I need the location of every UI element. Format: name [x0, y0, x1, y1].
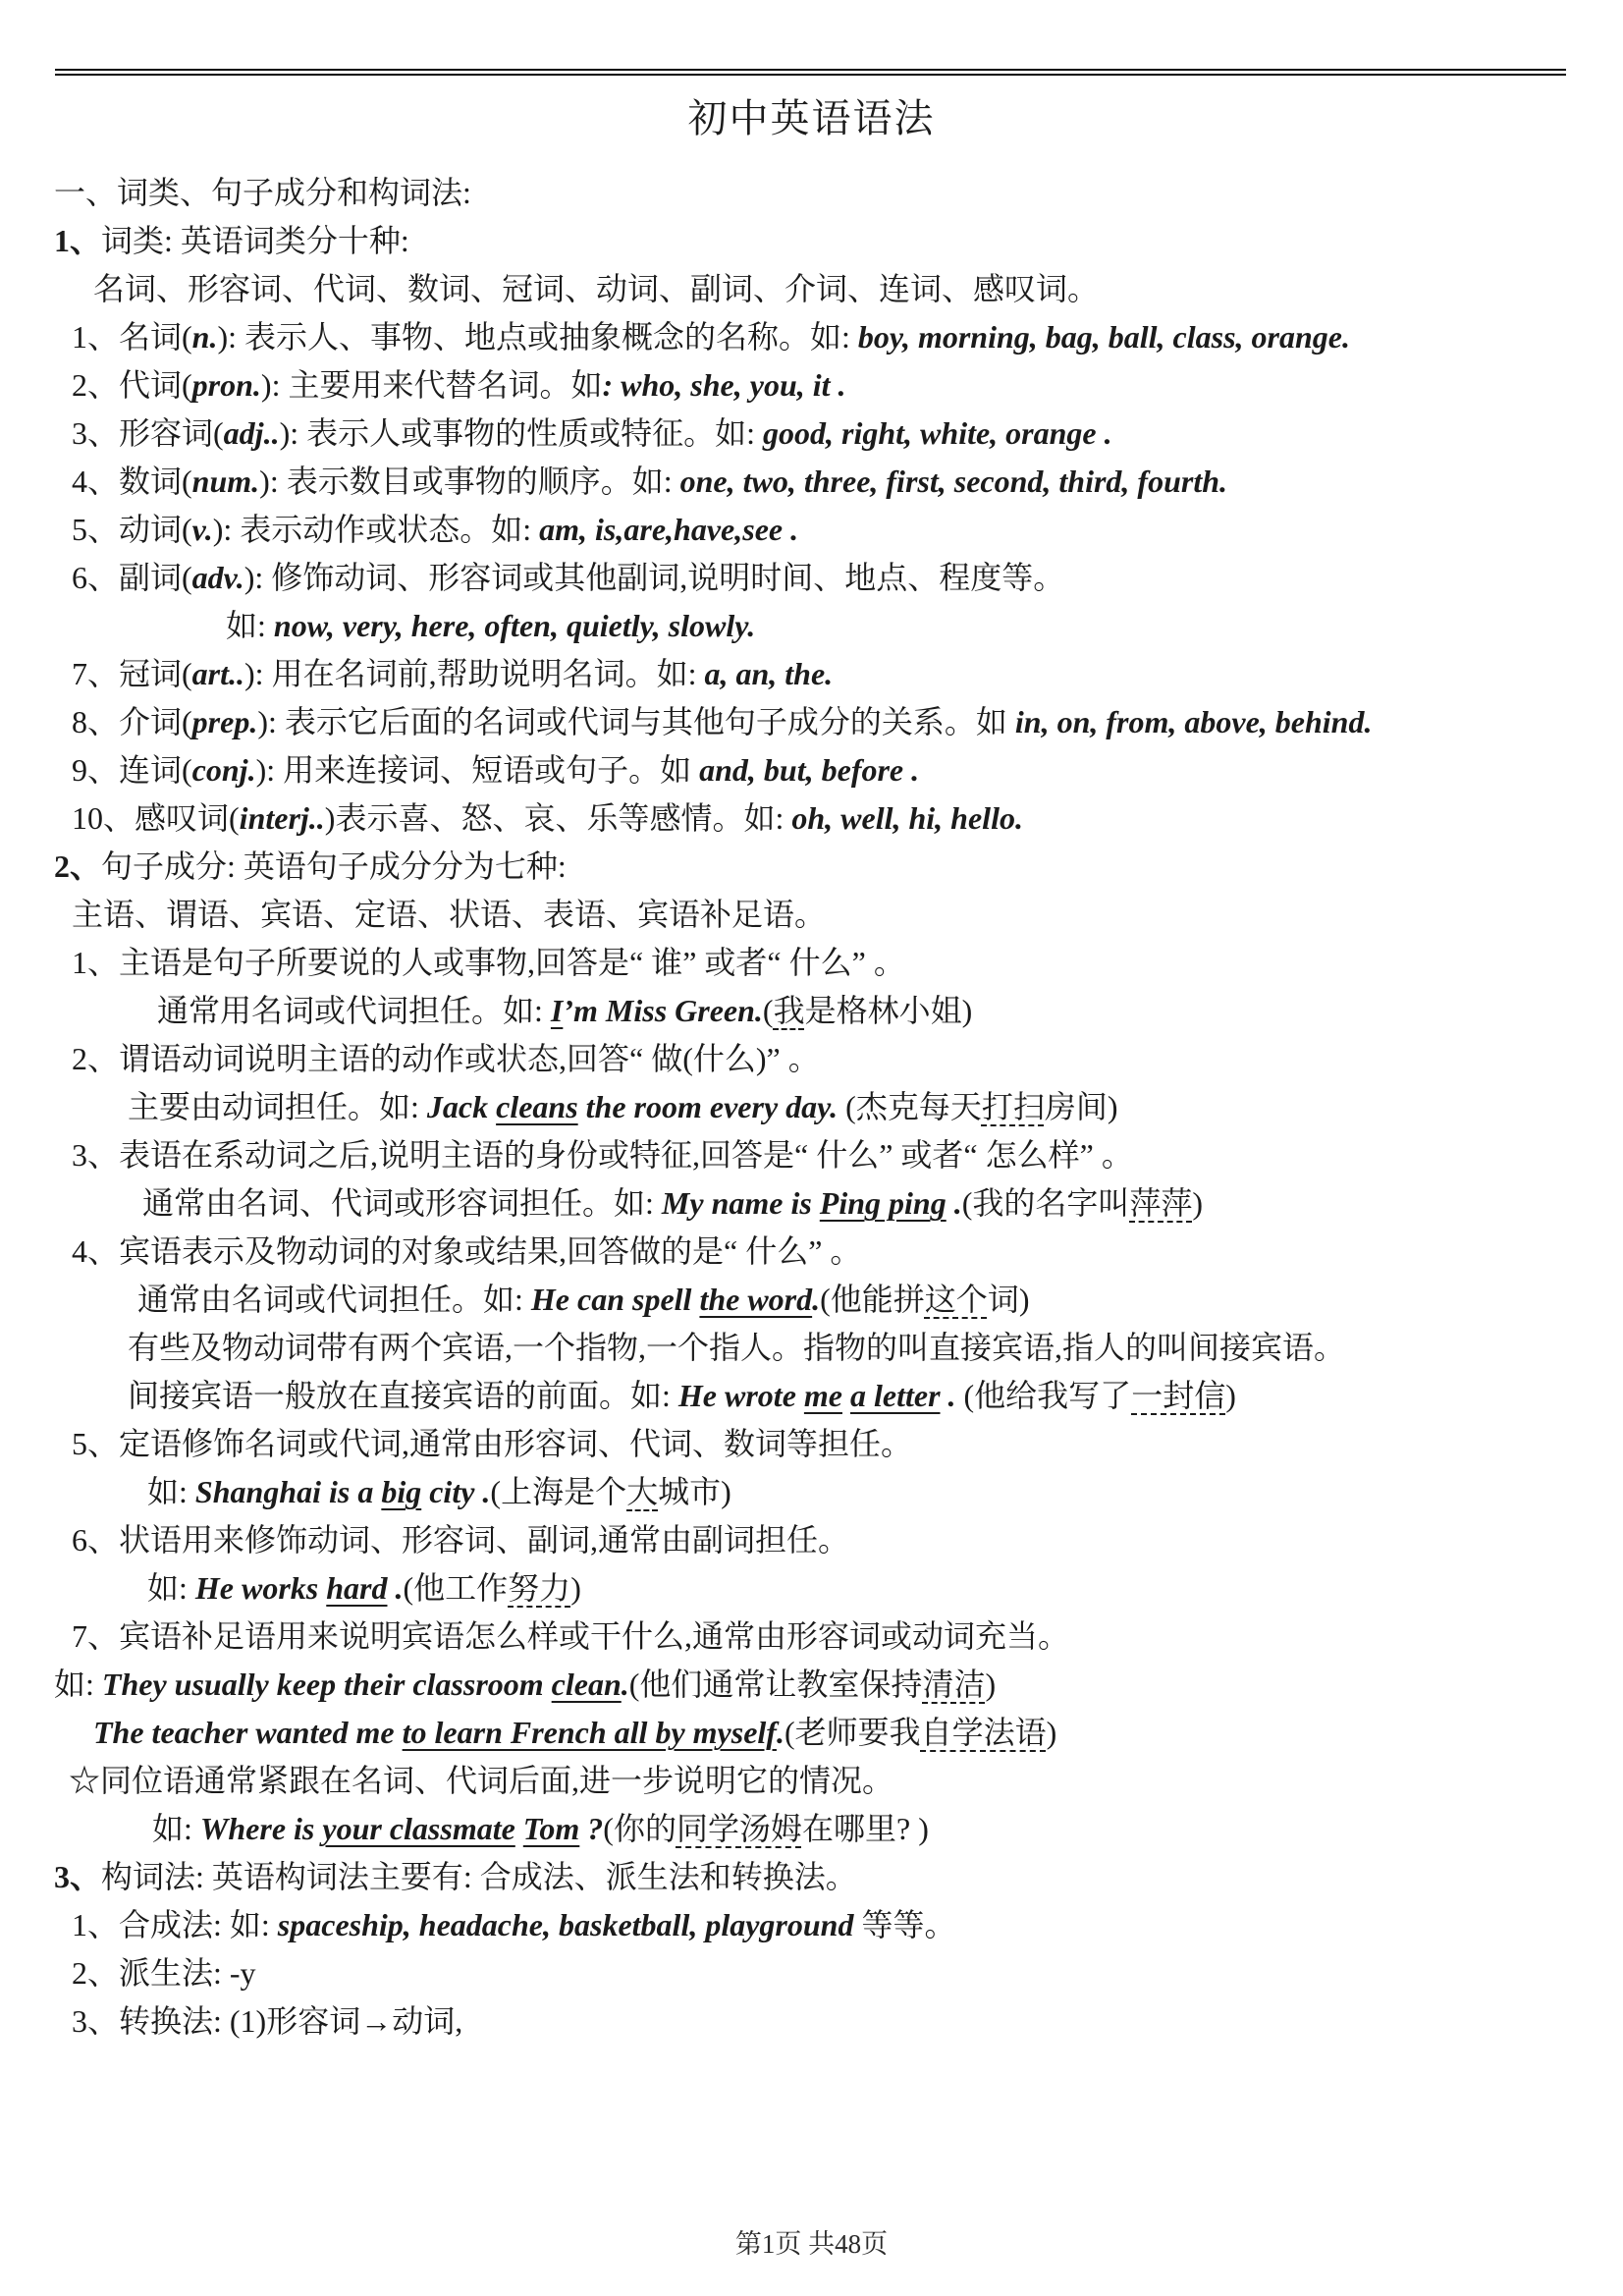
text-segment: to learn French all by myself	[403, 1715, 777, 1750]
text-segment: 7、冠词(	[72, 656, 192, 691]
text-segment: now, very, here, often, quietly, slowly.	[274, 608, 755, 643]
text-line: 1、名词(n.): 表示人、事物、地点或抽象概念的名称。如: boy, morn…	[0, 313, 1623, 361]
text-segment: 词)	[988, 1282, 1030, 1317]
text-segment: )	[1225, 1378, 1236, 1413]
text-segment: num.	[192, 464, 259, 499]
text-segment: (老师要我	[784, 1715, 921, 1750]
text-segment: art..	[192, 656, 244, 691]
text-line: 7、冠词(art..): 用在名词前,帮助说明名词。如: a, an, the.	[0, 650, 1623, 698]
text-segment: ): 表示数目或事物的顺序。如:	[259, 464, 679, 499]
text-line: 5、定语修饰名词或代词,通常由形容词、代词、数词等担任。	[0, 1420, 1623, 1468]
header-rule	[55, 69, 1566, 76]
text-segment: a, an, the.	[704, 656, 833, 691]
text-segment: 城市)	[658, 1474, 731, 1509]
text-segment: spaceship, headache, basketball, playgro…	[278, 1907, 854, 1942]
text-line: 8、介词(prep.): 表示它后面的名词或代词与其他句子成分的关系。如 in,…	[0, 698, 1623, 746]
text-segment: 房间)	[1045, 1089, 1118, 1124]
text-segment: Tom	[523, 1811, 580, 1846]
text-line: 如: He works hard .(他工作努力)	[0, 1564, 1623, 1613]
text-segment: (	[763, 993, 774, 1028]
text-segment: Where is	[200, 1811, 322, 1846]
text-segment: ): 修饰动词、形容词或其他副词,说明时间、地点、程度等。	[244, 560, 1065, 595]
text-segment: clean	[552, 1667, 622, 1702]
text-segment: the room every day.	[578, 1089, 839, 1124]
text-segment: Jack	[427, 1089, 496, 1124]
text-segment: Shanghai is a	[195, 1474, 381, 1509]
text-segment: 如:	[152, 1811, 200, 1846]
text-segment: )表示喜、怒、哀、乐等感情。如:	[325, 800, 792, 836]
text-line: 主要由动词担任。如: Jack cleans the room every da…	[0, 1083, 1623, 1131]
text-segment: .	[947, 1185, 962, 1221]
text-line: 一、词类、句子成分和构词法:	[0, 169, 1623, 217]
text-segment: 通常由名词、代词或形容词担任。如:	[142, 1185, 662, 1221]
text-line: 6、状语用来修饰动词、形容词、副词,通常由副词担任。	[0, 1516, 1623, 1564]
text-segment: (我的名字叫	[962, 1185, 1130, 1221]
text-segment: 如:	[147, 1570, 195, 1606]
text-line: 2、谓语动词说明主语的动作或状态,回答“ 做(什么)” 。	[0, 1035, 1623, 1083]
text-segment: 有些及物动词带有两个宾语,一个指物,一个指人。指物的叫直接宾语,指人的叫间接宾语…	[128, 1330, 1345, 1365]
text-line: 如: Shanghai is a big city .(上海是个大城市)	[0, 1468, 1623, 1516]
text-line: 9、连词(conj.): 用来连接词、短语或句子。如 and, but, bef…	[0, 746, 1623, 794]
text-segment: 1、主语是句子所要说的人或事物,回答是“ 谁” 或者“ 什么” 。	[72, 945, 905, 980]
text-line: 主语、谓语、宾语、定语、状语、表语、宾语补足语。	[0, 891, 1623, 939]
text-segment: oh, well, hi, hello.	[791, 800, 1023, 836]
text-line: 通常由名词、代词或形容词担任。如: My name is Ping ping .…	[0, 1179, 1623, 1228]
text-segment: 如:	[147, 1474, 195, 1509]
page-footer: 第1页 共48页	[0, 2222, 1623, 2261]
text-segment: conj.	[192, 752, 256, 788]
text-segment: 2、谓语动词说明主语的动作或状态,回答“ 做(什么)” 。	[72, 1041, 820, 1076]
text-segment: ): 主要用来代替名词。如	[261, 367, 603, 403]
text-line: 5、动词(v.): 表示动作或状态。如: am, is,are,have,see…	[0, 506, 1623, 554]
text-line: The teacher wanted me to learn French al…	[0, 1709, 1623, 1757]
text-segment: 8、介词(	[72, 704, 192, 739]
text-segment: (他工作	[404, 1570, 509, 1606]
text-segment: I	[551, 993, 563, 1028]
text-segment: .	[812, 1282, 820, 1317]
text-segment: ): 表示人、事物、地点或抽象概念的名称。如:	[217, 319, 857, 355]
text-segment: adj..	[224, 415, 280, 451]
text-line: 1、主语是句子所要说的人或事物,回答是“ 谁” 或者“ 什么” 。	[0, 939, 1623, 987]
text-segment: He works	[195, 1570, 326, 1606]
text-line: 2、派生法: -y	[0, 1949, 1623, 1997]
text-segment: a letter	[850, 1378, 941, 1413]
text-segment: ?	[579, 1811, 603, 1846]
text-segment	[842, 1378, 850, 1413]
text-segment: 3、形容词(	[72, 415, 224, 451]
text-segment: 萍萍	[1129, 1185, 1192, 1221]
text-segment: 是格林小姐)	[805, 993, 973, 1028]
text-segment: and, but, before .	[699, 752, 919, 788]
text-segment: They usually keep their classroom	[102, 1667, 552, 1702]
text-line: 4、数词(num.): 表示数目或事物的顺序。如: one, two, thre…	[0, 458, 1623, 506]
text-segment: 词类: 英语词类分十种:	[101, 223, 409, 258]
text-segment: (他们通常让教室保持	[629, 1667, 923, 1702]
text-segment: 1、名词(	[72, 319, 192, 355]
text-line: 3、表语在系动词之后,说明主语的身份或特征,回答是“ 什么” 或者“ 怎么样” …	[0, 1131, 1623, 1179]
text-line: 10、感叹词(interj..)表示喜、怒、哀、乐等感情。如: oh, well…	[0, 794, 1623, 843]
text-segment: (他能拼	[820, 1282, 925, 1317]
text-line: 2、代词(pron.): 主要用来代替名词。如: who, she, you, …	[0, 361, 1623, 410]
text-segment: hard	[326, 1570, 387, 1606]
text-line: 3、形容词(adj..): 表示人或事物的性质或特征。如: good, righ…	[0, 410, 1623, 458]
text-segment: big	[381, 1474, 421, 1509]
text-line: 如: now, very, here, often, quietly, slow…	[0, 602, 1623, 650]
text-segment: one, two, three, first, second, third, f…	[680, 464, 1227, 499]
text-segment: boy, morning, bag, ball, class, orange.	[858, 319, 1350, 355]
text-segment: 6、状语用来修饰动词、形容词、副词,通常由副词担任。	[72, 1522, 849, 1558]
text-segment: (你的	[603, 1811, 676, 1846]
text-segment: : who, she, you, it .	[602, 367, 845, 403]
text-segment: )	[1047, 1715, 1057, 1750]
text-segment: 通常用名词或代词担任。如:	[157, 993, 551, 1028]
text-line: 3、构词法: 英语构词法主要有: 合成法、派生法和转换法。	[0, 1853, 1623, 1901]
text-segment: city .	[421, 1474, 490, 1509]
text-segment: 我	[774, 993, 805, 1028]
text-segment: 句子成分: 英语句子成分分为七种:	[101, 848, 567, 884]
text-segment: )	[985, 1667, 996, 1702]
text-segment: (他给我写了	[956, 1378, 1132, 1413]
text-segment: cleans	[496, 1089, 578, 1124]
text-segment: 4、数词(	[72, 464, 192, 499]
text-line: 1、词类: 英语词类分十种:	[0, 217, 1623, 265]
text-segment: .	[388, 1570, 404, 1606]
text-segment: adv.	[192, 560, 244, 595]
text-segment: good, right, white, orange .	[763, 415, 1112, 451]
text-segment: 如:	[226, 608, 274, 643]
text-segment: 2、	[54, 848, 101, 884]
text-segment: 6、副词(	[72, 560, 192, 595]
text-segment: 5、动词(	[72, 512, 192, 547]
text-segment: me	[804, 1378, 842, 1413]
text-segment: n.	[192, 319, 218, 355]
text-line: 名词、形容词、代词、数词、冠词、动词、副词、介词、连词、感叹词。	[0, 265, 1623, 313]
text-segment: ): 用来连接词、短语或句子。如	[256, 752, 700, 788]
text-segment: 3、表语在系动词之后,说明主语的身份或特征,回答是“ 什么” 或者“ 怎么样” …	[72, 1137, 1133, 1173]
text-line: 2、句子成分: 英语句子成分分为七种:	[0, 843, 1623, 891]
text-line: 6、副词(adv.): 修饰动词、形容词或其他副词,说明时间、地点、程度等。	[0, 554, 1623, 602]
text-segment	[515, 1811, 523, 1846]
text-segment: My name is	[662, 1185, 820, 1221]
text-segment: 3、转换法: (1)形容词→动词,	[72, 2003, 462, 2039]
text-segment: (杰克每天	[838, 1089, 982, 1124]
text-segment: He can spell	[531, 1282, 700, 1317]
text-segment: 努力	[508, 1570, 570, 1606]
text-segment: 这个	[925, 1282, 988, 1317]
text-segment: Ping ping	[820, 1185, 947, 1221]
text-segment: 名词、形容词、代词、数词、冠词、动词、副词、介词、连词、感叹词。	[93, 271, 1099, 306]
text-segment: 2、代词(	[72, 367, 192, 403]
text-segment: .	[941, 1378, 956, 1413]
text-segment: your classmate	[322, 1811, 514, 1846]
text-segment: 间接宾语一般放在直接宾语的前面。如:	[128, 1378, 678, 1413]
document-body: 一、词类、句子成分和构词法:1、词类: 英语词类分十种:名词、形容词、代词、数词…	[0, 169, 1623, 2046]
text-segment: 在哪里? )	[802, 1811, 929, 1846]
document-page: 初中英语语法 一、词类、句子成分和构词法:1、词类: 英语词类分十种:名词、形容…	[0, 0, 1623, 2296]
text-segment: 自学法语	[921, 1715, 1047, 1750]
text-line: 7、宾语补足语用来说明宾语怎么样或干什么,通常由形容词或动词充当。	[0, 1613, 1623, 1661]
text-segment: the word	[699, 1282, 812, 1317]
text-segment: .	[777, 1715, 784, 1750]
text-segment: 1、合成法: 如:	[72, 1907, 278, 1942]
text-segment: ): 表示动作或状态。如:	[213, 512, 539, 547]
text-line: 间接宾语一般放在直接宾语的前面。如: He wrote me a letter …	[0, 1372, 1623, 1420]
text-segment: 等等。	[853, 1907, 955, 1942]
text-line: 3、转换法: (1)形容词→动词,	[0, 1997, 1623, 2046]
text-line: 1、合成法: 如: spaceship, headache, basketbal…	[0, 1901, 1623, 1949]
text-segment: 清洁	[922, 1667, 985, 1702]
text-segment: 9、连词(	[72, 752, 192, 788]
text-line: 通常由名词或代词担任。如: He can spell the word.(他能拼…	[0, 1276, 1623, 1324]
text-line: 4、宾语表示及物动词的对象或结果,回答做的是“ 什么” 。	[0, 1228, 1623, 1276]
text-segment: v.	[192, 512, 213, 547]
text-line: 如: Where is your classmate Tom ?(你的同学汤姆在…	[0, 1805, 1623, 1853]
text-segment: 同学汤姆	[676, 1811, 802, 1846]
text-segment: 1、	[54, 223, 101, 258]
text-segment: am, is,are,have,see .	[539, 512, 798, 547]
text-segment: in, on, from, above, behind.	[1015, 704, 1373, 739]
text-segment: 7、宾语补足语用来说明宾语怎么样或干什么,通常由形容词或动词充当。	[72, 1618, 1069, 1654]
text-segment: pron.	[192, 367, 261, 403]
text-segment: )	[570, 1570, 581, 1606]
text-segment: 5、定语修饰名词或代词,通常由形容词、代词、数词等担任。	[72, 1426, 912, 1461]
text-segment: ): 表示它后面的名词或代词与其他句子成分的关系。如	[257, 704, 1015, 739]
text-segment: 如:	[54, 1667, 102, 1702]
text-segment: 通常由名词或代词担任。如:	[137, 1282, 531, 1317]
text-line: 通常用名词或代词担任。如: I’m Miss Green.(我是格林小姐)	[0, 987, 1623, 1035]
text-segment: 主要由动词担任。如:	[128, 1089, 427, 1124]
text-segment: )	[1192, 1185, 1203, 1221]
text-segment: 4、宾语表示及物动词的对象或结果,回答做的是“ 什么” 。	[72, 1233, 861, 1269]
text-segment: 一、词类、句子成分和构词法:	[54, 175, 471, 210]
page-title: 初中英语语法	[0, 87, 1623, 143]
text-segment: 一封信	[1131, 1378, 1225, 1413]
text-segment: 打扫	[982, 1089, 1045, 1124]
text-segment: 3、	[54, 1859, 101, 1894]
text-segment: .	[622, 1667, 629, 1702]
text-segment: (上海是个	[490, 1474, 626, 1509]
text-segment: ): 用在名词前,帮助说明名词。如:	[244, 656, 704, 691]
text-segment: The teacher wanted me	[93, 1715, 403, 1750]
text-line: 如: They usually keep their classroom cle…	[0, 1661, 1623, 1709]
text-segment: interj..	[240, 800, 325, 836]
text-segment: 10、感叹词(	[72, 800, 240, 836]
text-line: ☆同位语通常紧跟在名词、代词后面,进一步说明它的情况。	[0, 1757, 1623, 1805]
text-segment: ☆同位语通常紧跟在名词、代词后面,进一步说明它的情况。	[69, 1763, 893, 1798]
text-segment: prep.	[192, 704, 258, 739]
text-segment: ): 表示人或事物的性质或特征。如:	[280, 415, 763, 451]
text-segment: 2、派生法: -y	[72, 1955, 256, 1991]
text-segment: ’m Miss Green.	[563, 993, 763, 1028]
text-segment: 主语、谓语、宾语、定语、状语、表语、宾语补足语。	[72, 897, 826, 932]
text-line: 有些及物动词带有两个宾语,一个指物,一个指人。指物的叫直接宾语,指人的叫间接宾语…	[0, 1324, 1623, 1372]
text-segment: He wrote	[678, 1378, 804, 1413]
text-segment: 大	[626, 1474, 658, 1509]
text-segment: 构词法: 英语构词法主要有: 合成法、派生法和转换法。	[101, 1859, 857, 1894]
